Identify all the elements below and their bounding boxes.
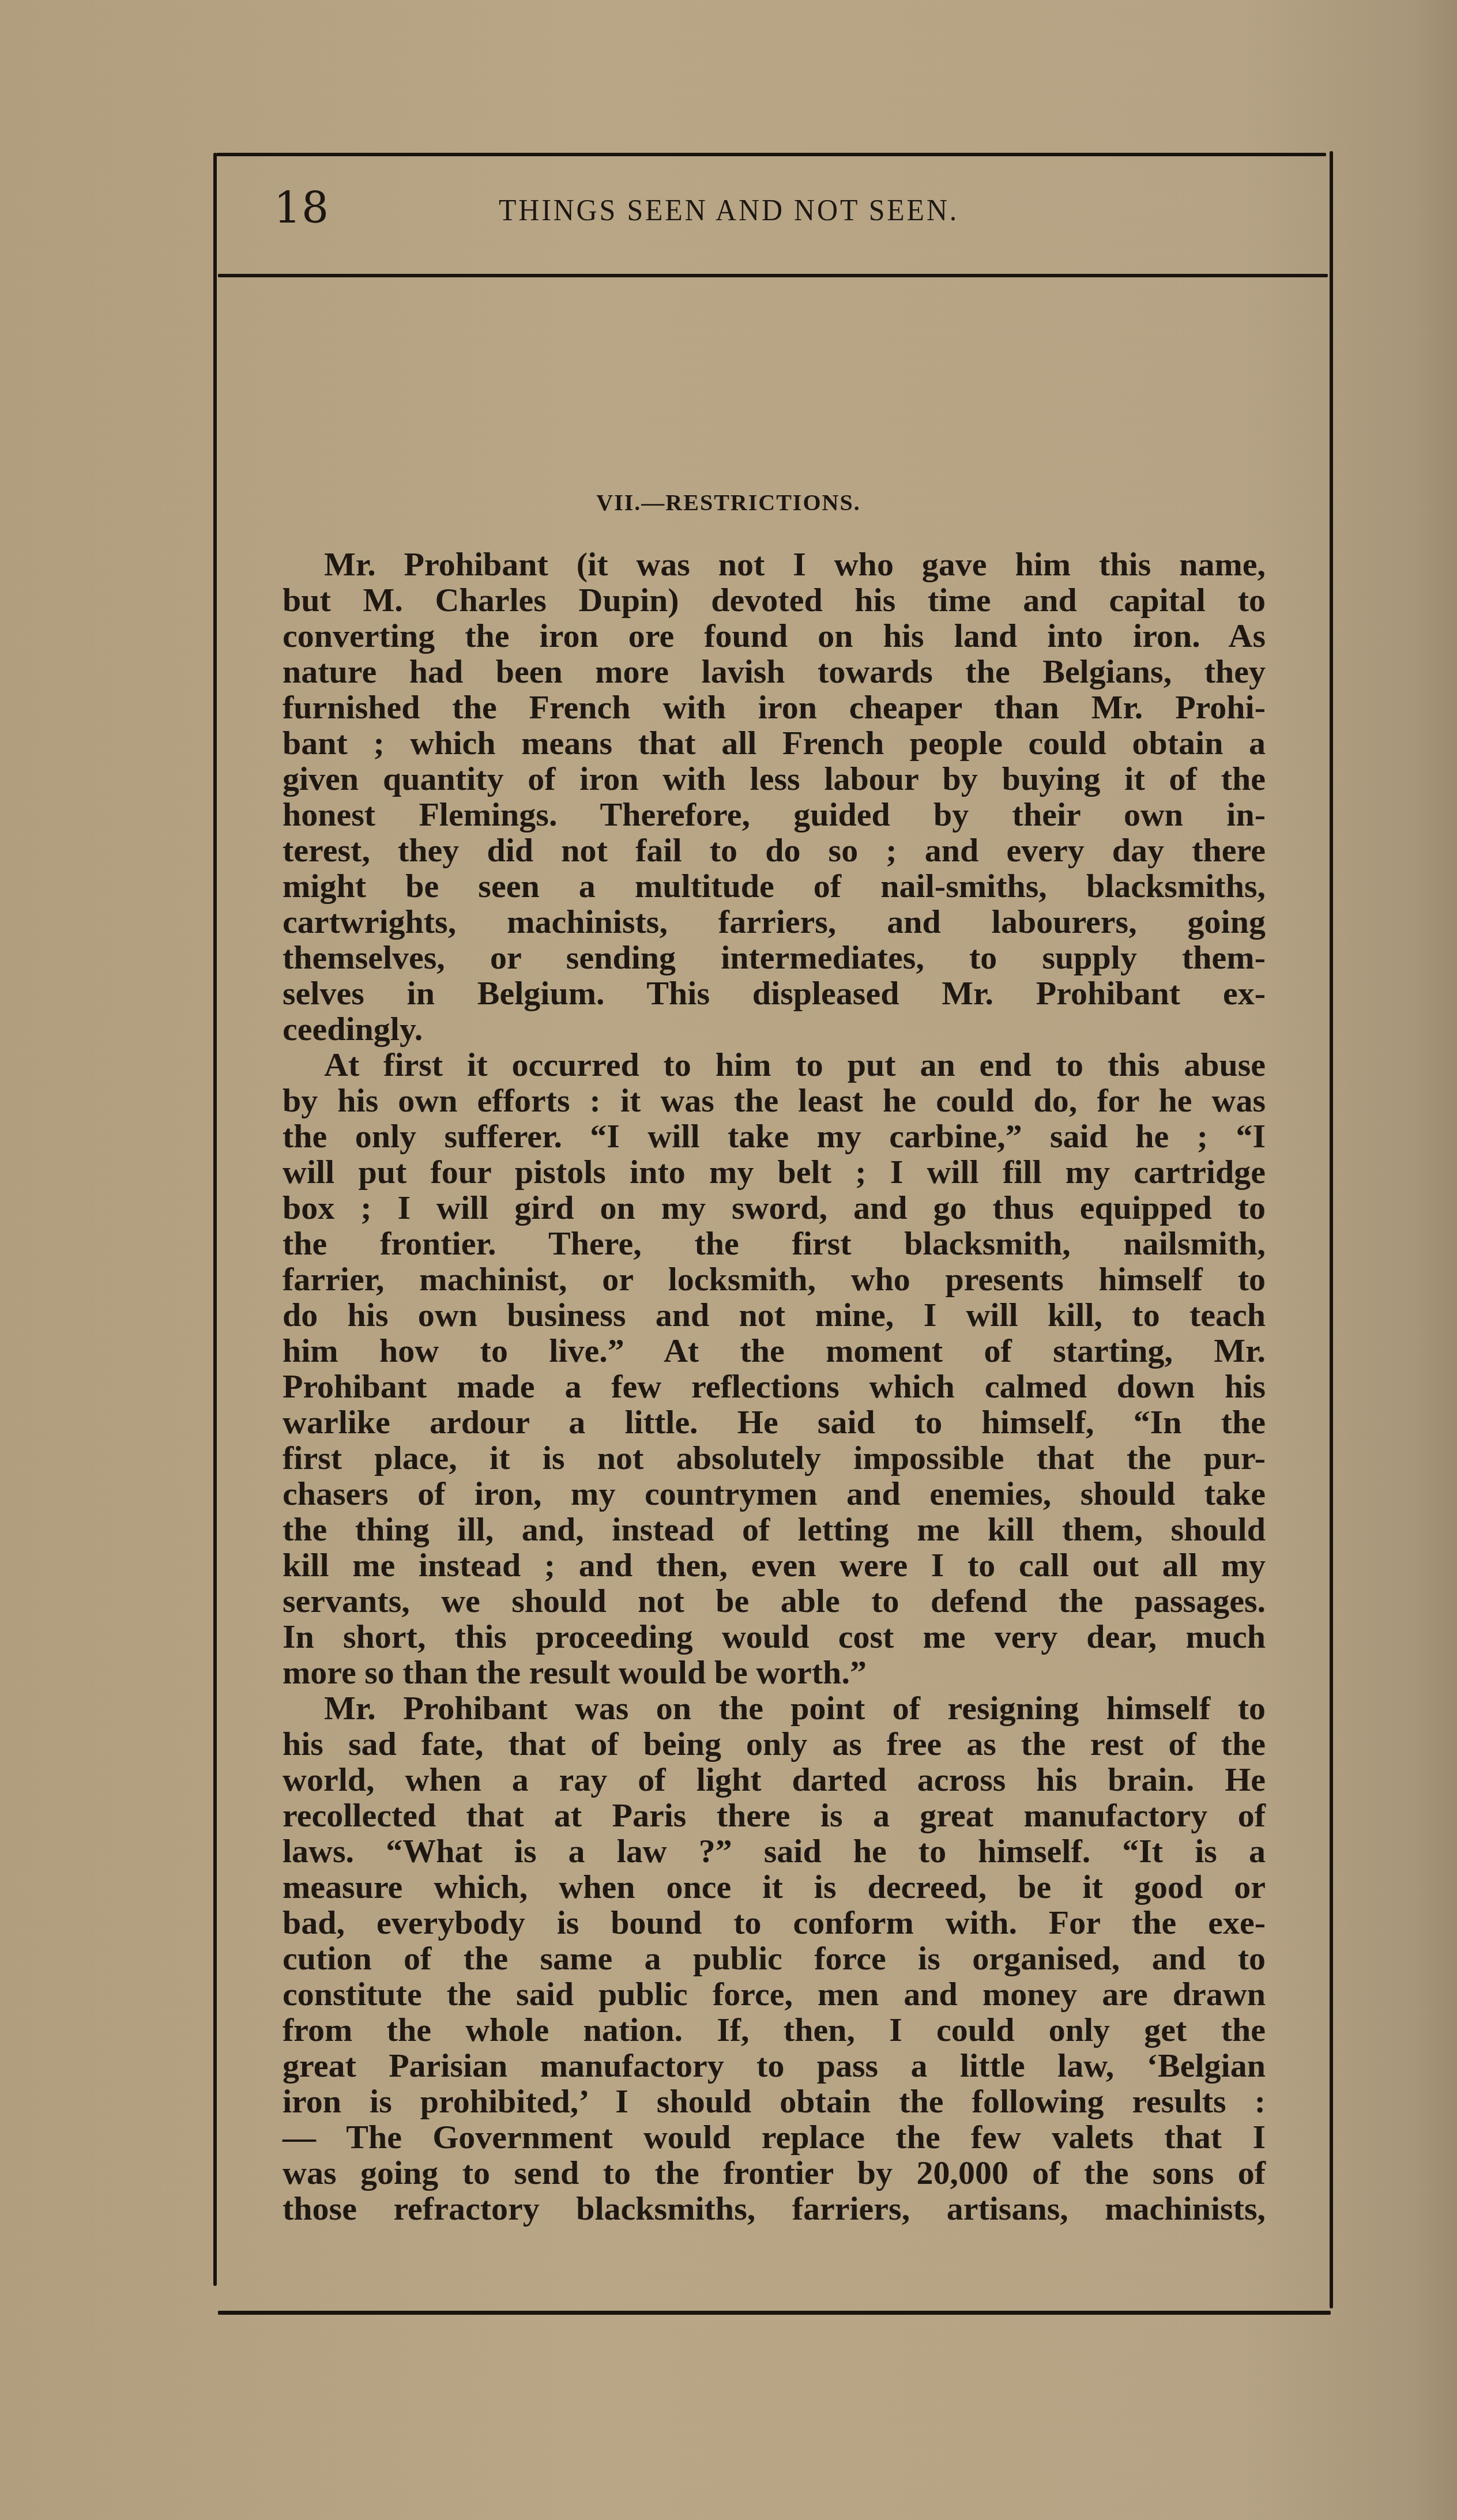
text-line: At first it occurred to him to put an en… <box>283 1047 1266 1083</box>
text-line: kill me instead ; and then, even were I … <box>283 1547 1266 1583</box>
text-line: bant ; which means that all French peopl… <box>283 725 1266 761</box>
text-line: first place, it is not absolutely imposs… <box>283 1440 1266 1476</box>
text-line: chasers of iron, my countrymen and enemi… <box>283 1476 1266 1512</box>
running-title: THINGS SEEN AND NOT SEEN. <box>499 194 959 228</box>
text-line: but M. Charles Dupin) devoted his time a… <box>283 582 1266 618</box>
text-line: do his own business and not mine, I will… <box>283 1297 1266 1333</box>
text-line: cution of the same a public force is org… <box>283 1941 1266 1976</box>
text-line: from the whole nation. If, then, I could… <box>283 2012 1266 2048</box>
page-number: 18 <box>274 183 329 233</box>
text-line: those refractory blacksmiths, farriers, … <box>283 2191 1266 2227</box>
text-line: terest, they did not fail to do so ; and… <box>283 833 1266 868</box>
text-line: world, when a ray of light darted across… <box>283 1762 1266 1798</box>
text-line: constitute the said public force, men an… <box>283 1976 1266 2012</box>
top-rule <box>216 153 1326 156</box>
page-frame-right-border <box>1330 151 1333 2308</box>
text-line: was going to send to the frontier by 20,… <box>283 2155 1266 2191</box>
text-line: the thing ill, and, instead of letting m… <box>283 1512 1266 1547</box>
text-line: Mr. Prohibant was on the point of resign… <box>283 1690 1266 1726</box>
text-line: box ; I will gird on my sword, and go th… <box>283 1190 1266 1226</box>
text-line: cartwrights, machinists, farriers, and l… <box>283 904 1266 940</box>
text-line: will put four pistols into my belt ; I w… <box>283 1154 1266 1190</box>
section-heading: VII.—RESTRICTIONS. <box>0 489 1457 516</box>
text-line: warlike ardour a little. He said to hims… <box>283 1404 1266 1440</box>
body-text: Mr. Prohibant (it was not I who gave him… <box>283 547 1266 2227</box>
text-line: servants, we should not be able to defen… <box>283 1583 1266 1619</box>
text-line: might be seen a multitude of nail-smiths… <box>283 868 1266 904</box>
text-line: great Parisian manufactory to pass a lit… <box>283 2048 1266 2084</box>
text-line: Prohibant made a few reflections which c… <box>283 1369 1266 1404</box>
text-line: the frontier. There, the first blacksmit… <box>283 1226 1266 1261</box>
text-line: more so than the result would be worth.” <box>283 1655 1266 1690</box>
text-line: by his own efforts : it was the least he… <box>283 1083 1266 1118</box>
text-line: ceedingly. <box>283 1011 1266 1047</box>
text-line: farrier, machinist, or locksmith, who pr… <box>283 1261 1266 1297</box>
running-head: 18 THINGS SEEN AND NOT SEEN. <box>274 183 1312 241</box>
text-line: his sad fate, that of being only as free… <box>283 1726 1266 1762</box>
text-line: converting the iron ore found on his lan… <box>283 618 1266 654</box>
text-line: iron is prohibited,’ I should obtain the… <box>283 2084 1266 2119</box>
page-frame-left-border <box>213 153 217 2286</box>
text-line: Mr. Prohibant (it was not I who gave him… <box>283 547 1266 582</box>
text-line: themselves, or sending intermediates, to… <box>283 940 1266 975</box>
text-line: furnished the French with iron cheaper t… <box>283 690 1266 725</box>
bottom-rule <box>218 2311 1331 2315</box>
text-line: recollected that at Paris there is a gre… <box>283 1798 1266 1833</box>
text-line: In short, this proceeding would cost me … <box>283 1619 1266 1655</box>
text-line: honest Flemings. Therefore, guided by th… <box>283 797 1266 833</box>
header-rule <box>218 274 1328 277</box>
text-line: laws. “What is a law ?” said he to himse… <box>283 1833 1266 1869</box>
text-line: — The Government would replace the few v… <box>283 2119 1266 2155</box>
text-line: him how to live.” At the moment of start… <box>283 1333 1266 1369</box>
text-line: bad, everybody is bound to conform with.… <box>283 1905 1266 1941</box>
text-line: selves in Belgium. This displeased Mr. P… <box>283 975 1266 1011</box>
text-line: nature had been more lavish towards the … <box>283 654 1266 690</box>
text-line: given quantity of iron with less labour … <box>283 761 1266 797</box>
text-line: the only sufferer. “I will take my carbi… <box>283 1118 1266 1154</box>
text-line: measure which, when once it is decreed, … <box>283 1869 1266 1905</box>
